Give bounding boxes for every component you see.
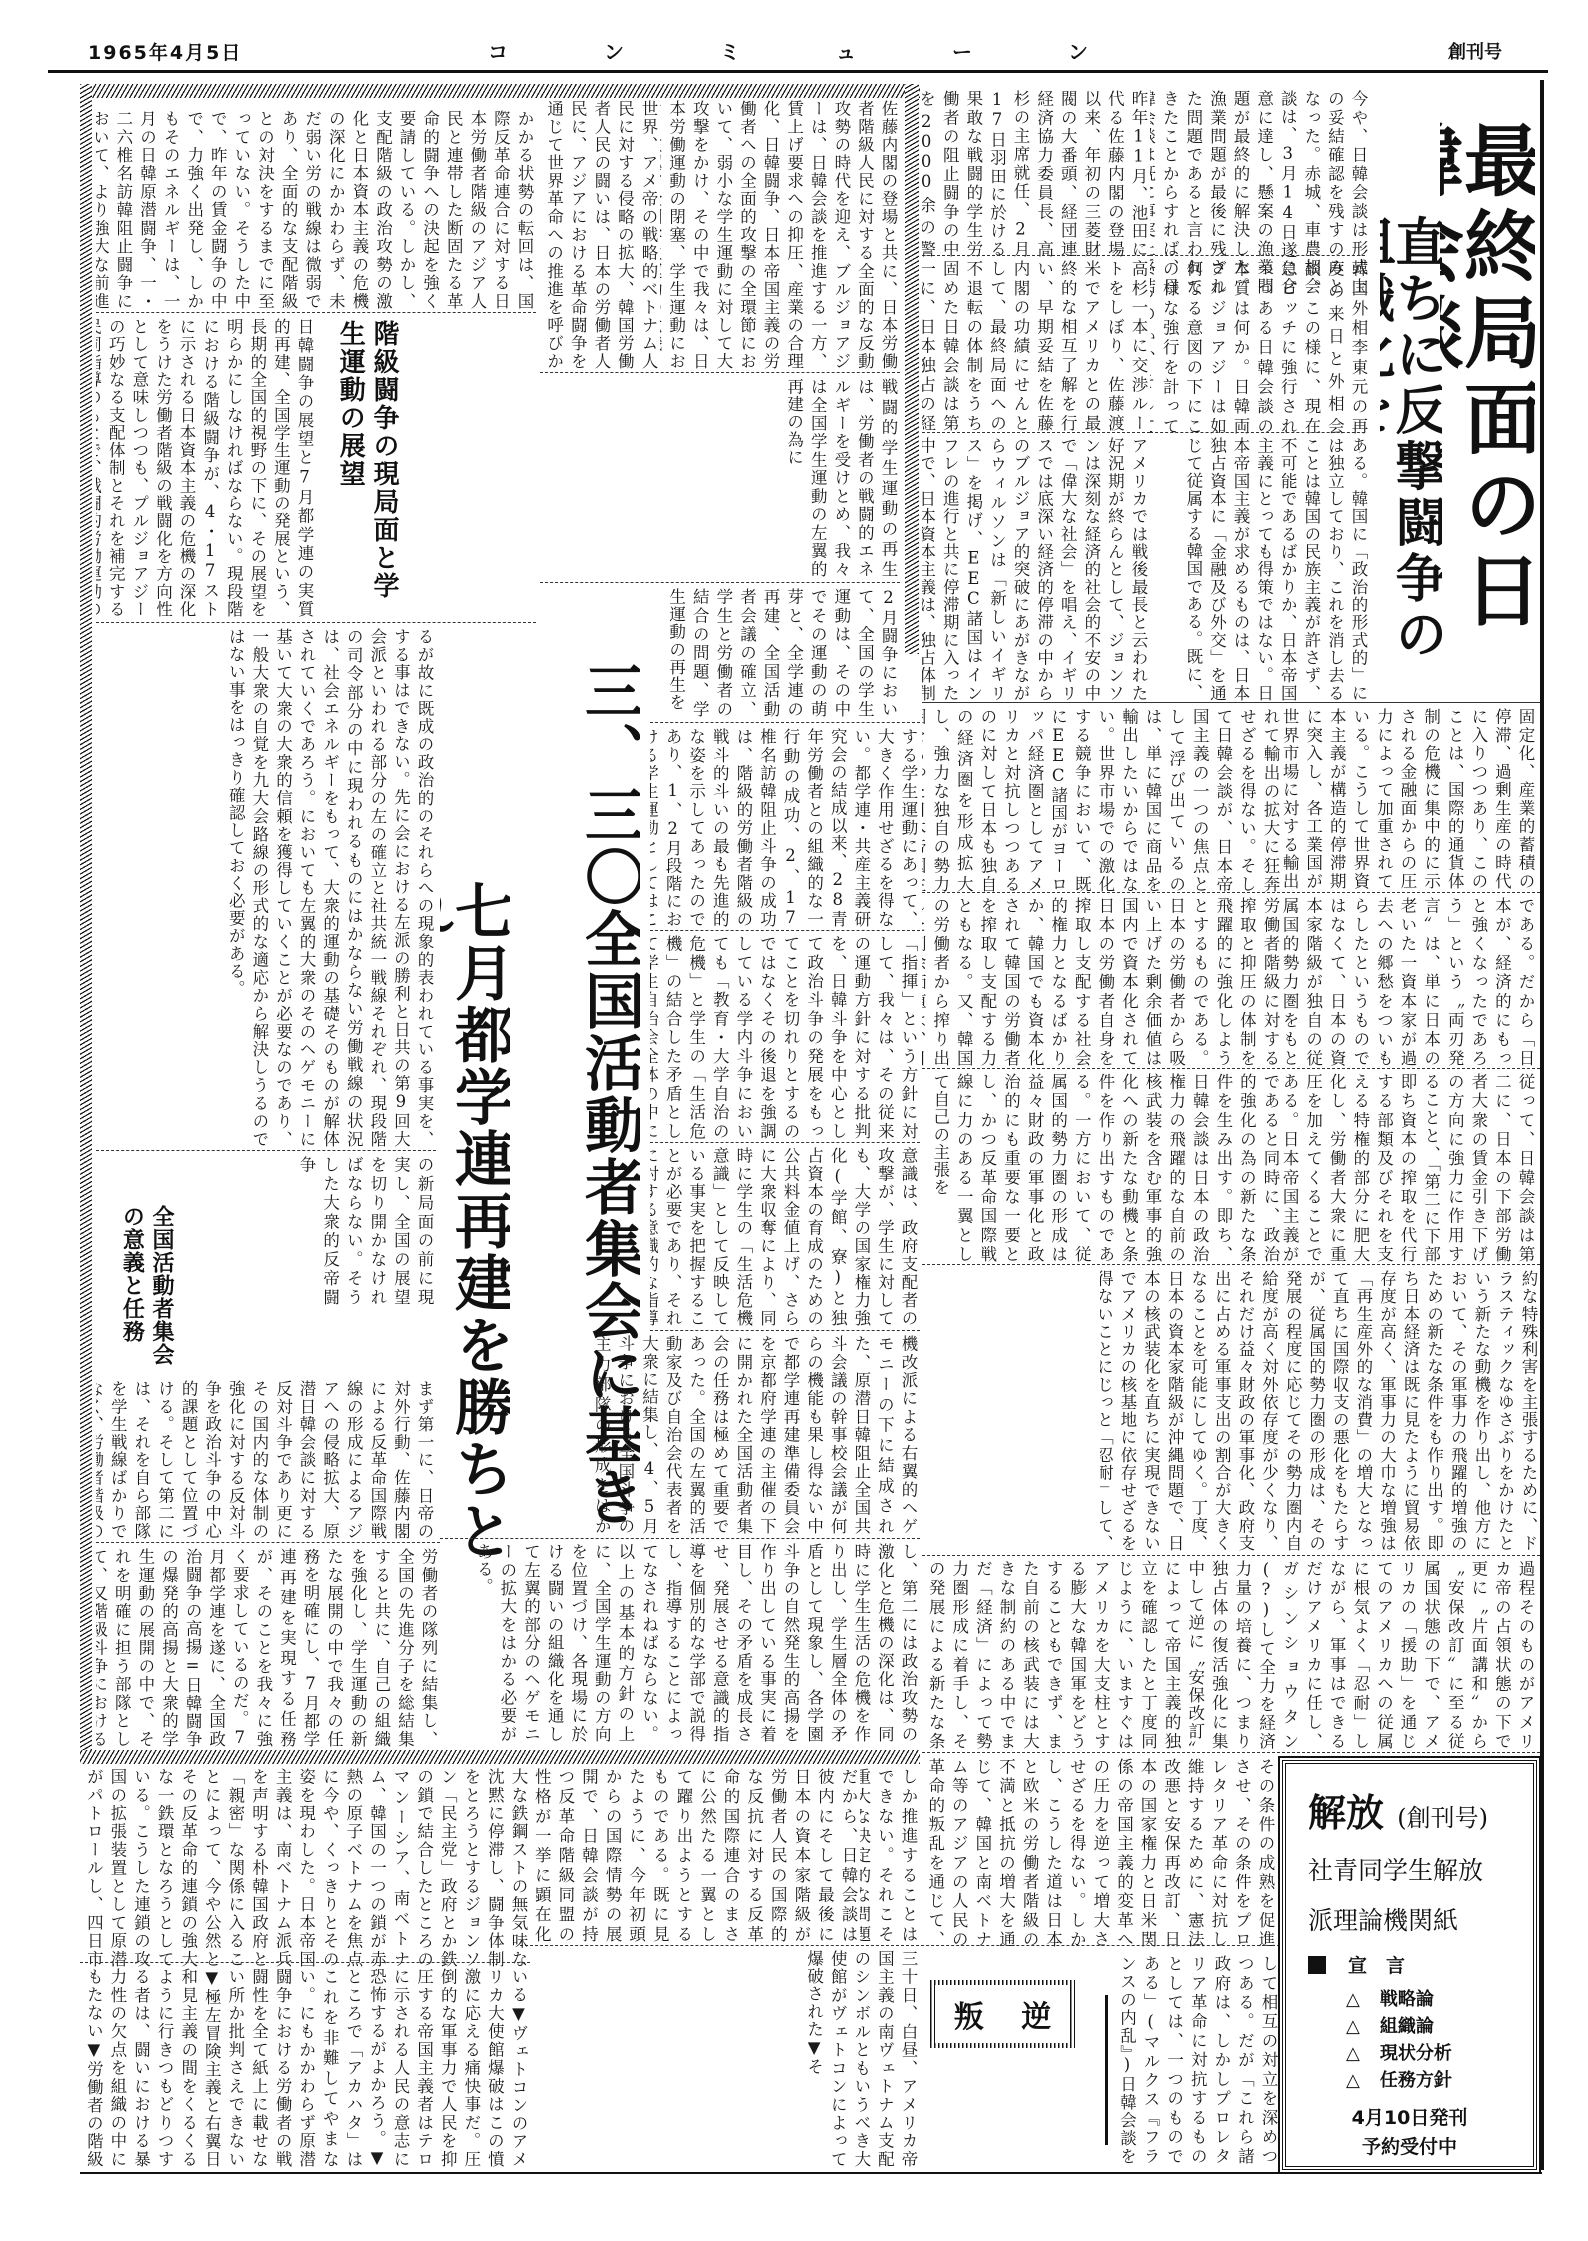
column-divider [922, 1068, 1540, 1069]
center-column-5: する学生運動にあって、大きく作用せざるを得ない。都学連・共産主義研究会の結成以来… [650, 728, 920, 928]
center-column-2: 世界、アメ帝の戦略的ベトナム人民に対する侵略の拡大、韓国労働者人民の闘いは、日本… [540, 100, 660, 370]
column-divider [520, 1945, 1280, 1946]
left-subhead-1: 階級闘争の現局面と学生運動の展望 [320, 320, 400, 610]
ad-publish-info: 4月10日発刊 予約受付中 [1308, 2104, 1511, 2162]
center-column-3: 戦闘的学生運動の再生は、労働者の戦闘的エネルギーを受けとめ、我々は全国学生運動の… [540, 378, 900, 578]
left-column-2b [405, 318, 535, 618]
rebellion-column-3 [930, 2055, 1100, 2165]
center-headline-2: 七月都学連再建を勝ちとれ!! [440, 880, 510, 1600]
hatch-border-left [80, 84, 92, 1764]
center-column-6: 「指揮」という方針に対して、我々は、その従来の運動方針に対する批判を、日韓斗争を… [650, 935, 920, 1140]
advertisement-box: 解放 (創刊号) 社青同学生解放 派理論機関紙 宣 言 △戦略論 △組織論 △現… [1282, 1760, 1537, 2170]
column-divider [540, 372, 900, 373]
bottom-left-column-1: 大な鉄鋼ストの無気味な沈黙に停滞し、闘争体制をとろうとするジョンソン「民主党」政… [80, 1768, 530, 1968]
ad-publish-date: 4月10日発刊 [1308, 2104, 1511, 2133]
column-divider [922, 432, 1150, 433]
bottom-rule [80, 2172, 1542, 2174]
hatch-border-top-center [530, 84, 920, 98]
lead-subheadline: 直ちに反撃闘争の組織化を! [1380, 215, 1442, 695]
rebellion-column-title: 叛 逆 [930, 1980, 1075, 2048]
column-divider [1150, 432, 1365, 433]
lead-column-6: アメリカでは戦後最長と云われた好況期が終らんとして、ジョンソンは深刻な経済的社会… [922, 437, 1150, 702]
analysis-column-4: であると同時に、政治的強化の為の新たな条件を生み出す。即ち、日韓会談は日本の政治… [922, 1073, 1282, 1263]
military-column-1b [922, 1270, 1100, 1552]
ad-list-item-label: 戦略論 [1380, 1986, 1434, 2013]
title-char: ュ [836, 36, 856, 65]
ad-list-item-label: 任務方針 [1380, 2067, 1452, 2094]
ad-declaration-text: 宣 言 [1348, 1951, 1405, 1978]
triangle-icon: △ [1346, 2067, 1360, 2094]
ad-list-item: △組織論 [1346, 2013, 1511, 2040]
ad-declaration: 宣 言 [1308, 1951, 1511, 1978]
title-char: ミ [720, 36, 740, 65]
title-char: ン [1068, 36, 1088, 65]
left-column-6: の新局面の前に現実し、全国の展望を切り開かなければならない。そうした大衆的反帝闘… [180, 1156, 436, 1306]
column-divider [922, 892, 1540, 893]
rebellion-column-2: して相互の対立を深めつつある。だが「これら諸政府は、しかしプロレタリア革命に対抗… [1120, 1955, 1280, 2165]
ad-list-item-label: 現状分析 [1380, 2040, 1452, 2067]
triangle-icon: △ [1346, 1986, 1360, 2013]
triangle-icon: △ [1346, 2013, 1360, 2040]
column-divider [922, 1752, 1540, 1753]
lead-column-3: 韓国外相李東元の再度の来日と外相会談。この様に、現在急ピッチに強行されつつある日… [1150, 260, 1370, 435]
issue-label: 創刊号 [1448, 38, 1502, 64]
hatch-border-right [905, 84, 919, 654]
rebellion-title-char: 叛 [954, 1992, 984, 2036]
column-divider [540, 582, 900, 583]
center-column-9: し、第二には政治攻勢の激化と危機の深化は、同時に学生生活の危機を作り出し、学生層… [440, 1543, 920, 1743]
column-divider [1150, 255, 1365, 256]
lead-column-2: 昨年11月、池田に代る佐藤内閣の登場以来、年初の三菱財閥の大番頭、経団連経済協力… [922, 90, 1150, 258]
ad-list-item-label: 組織論 [1380, 2013, 1434, 2040]
center-column-1: 佐藤内閣の登場と共に、日本労働者階級人民に対する全面的な反動攻勢の時代を迎え、ブ… [660, 100, 900, 370]
newspaper-title: コ ン ミ ュ ー ン [488, 36, 1088, 65]
economy-column-2: れて輸出の拡大に狂奔せざるを得ない。そして日韓会談が、日本帝国主義の一つの焦点と… [922, 708, 1282, 893]
military-column-1: 約な特殊利害を主張するために、ドラスティックなゆさぶりをかけたという新たな動機を… [1100, 1270, 1540, 1552]
left-subhead-2: 全国活動者集会の意義と任務 [110, 1205, 176, 1375]
ad-list-item: △現状分析 [1346, 2040, 1511, 2067]
center-column-8: 機改派による右翼的ヘゲモニーの下に結成された、原潜日韓阻止全国共斗会議の幹事校会… [590, 1335, 920, 1535]
center-column-7: 意識は、政府支配者の攻撃が、学生に対しても、大学の国家権力強化(学館、寮)と独占… [650, 1147, 920, 1327]
ad-title-note: (創刊号) [1397, 1804, 1488, 1832]
rebellion-column-1: 三十日、白昼、アメリカ帝国主義の南ヴェトナム支配のシンボルともいうべき大使館がヴ… [530, 1950, 920, 2168]
black-square-icon [1308, 1956, 1326, 1974]
chain-divider [1105, 1995, 1108, 2145]
column-divider [650, 930, 920, 931]
ad-list-item: △戦略論 [1346, 1986, 1511, 2013]
section-divider [922, 702, 1540, 703]
column-divider [96, 312, 536, 313]
column-divider [922, 255, 1150, 256]
title-char: コ [488, 36, 508, 65]
column-divider [650, 722, 920, 723]
ad-list-item: △任務方針 [1346, 2067, 1511, 2094]
economy-column-1: 固定化、産業的蓄積の停滞、過剰生産の時代に入りつつあり、このことは、国際的通貨体… [1282, 708, 1537, 890]
lead-column-5: ある。韓国に「政治的形式的」には独立しており、これを消し去ることは韓国の民族主義… [1150, 437, 1370, 702]
ad-line-2: 派理論機関紙 [1308, 1901, 1511, 1937]
column-divider [96, 1542, 440, 1543]
title-char: ン [604, 36, 624, 65]
ad-title-text: 解放 [1308, 1791, 1384, 1835]
left-column-1: かかる状勢の転回は、国際反革命連合に対する日本労働者階級のアジア人民と連帯した断… [96, 110, 536, 310]
right-border [1540, 80, 1544, 2170]
column-divider [80, 1962, 530, 1963]
column-divider [96, 622, 536, 623]
column-divider [96, 1150, 436, 1151]
hatch-border-bottom-center [530, 1750, 920, 1764]
column-divider [922, 1555, 1540, 1556]
analysis-column-1: である。だから「日本が、経済的にもっと強くなったであろう」という〝両刃発言〟は、… [1282, 897, 1537, 1067]
column-divider [650, 1142, 920, 1143]
left-column-3: るが故に既成の政治的のそれらへの現象的表われている事実を、する事はできない。先に… [96, 628, 436, 1148]
lead-headline: 最終局面の日韓会談 [1440, 120, 1535, 720]
triangle-icon: △ [1346, 2040, 1360, 2067]
bottom-center-column-1: しか推進することはできない。それこそ重大な決定的な問題なのだ。 [860, 1768, 920, 1943]
conclusion-column-1: その条件の成熟を促進させ、その条件をプロレタリア革命に対抗し維持するために、憲法… [922, 1758, 1277, 1948]
masthead: 1965年4月5日 コ ン ミ ュ ー ン 創刊号 [28, 0, 1528, 75]
lead-column-4: 高杉一本に交渉ルートをしぼり、佐藤渡米でアメリカとの最終的な相互了解を行い、早期… [922, 260, 1150, 432]
bottom-center-column-2: だから、日韓会談は彼内にそして最後に日本の資本家階級が労働者人民の国際的な反抗に… [530, 1768, 860, 1943]
left-column-4: まず第一に、日帝の対外行動、佐藤内閣による反革命国際戦線の形成によるアジアへの侵… [96, 1380, 436, 1540]
military-column-2: 過程そのものがアメリカ帝の占領状態の下で更に〝片面講和〟から〝安保改訂〟に至る従… [922, 1560, 1537, 1750]
masthead-rule [48, 70, 1548, 73]
left-column-5: 労働者の隊列に結集し、全国の先進分子を総結集すると共に、自己の組織を強化し、学生… [96, 1548, 440, 1748]
left-column-2: 日韓闘争の展望と7月都学連の実質的再建、全国学生運動の発展という、長期的全国的視… [96, 318, 316, 618]
issue-date: 1965年4月5日 [88, 38, 242, 65]
center-column-4: 2月闘争において、全国の学生運動は、その中でその運動の萌芽と、全学連の再建、全国… [650, 588, 900, 718]
bottom-left-column-2: いる▼ヴェトコンのアメリカ大使館爆破はこの憤激に応える痛快事だ。圧倒的な軍事力で… [80, 1968, 530, 2168]
rebellion-title-char: 逆 [1021, 1992, 1051, 2036]
hatch-border-top [80, 84, 532, 98]
column-divider [650, 1330, 920, 1331]
ad-contents-list: △戦略論 △組織論 △現状分析 △任務方針 [1308, 1986, 1511, 2094]
analysis-column-2: 従って、日韓会談は第二に、日本の下部労働者大衆の賃金引き下げの方向に強力に作用す… [1282, 1073, 1537, 1263]
analysis-column-3: 労働者階級に対する搾取と抑圧の体制を飛躍的に強化しようとするものである。日本の労… [922, 897, 1282, 1067]
column-divider [922, 1264, 1540, 1265]
column-divider [440, 1538, 920, 1539]
hatch-border-bottom [80, 1750, 532, 1764]
ad-title: 解放 (創刊号) [1308, 1782, 1511, 1837]
ad-line-1: 社青同学生解放 [1308, 1851, 1511, 1887]
ad-reservation: 予約受付中 [1308, 2133, 1511, 2162]
title-char: ー [952, 36, 972, 65]
